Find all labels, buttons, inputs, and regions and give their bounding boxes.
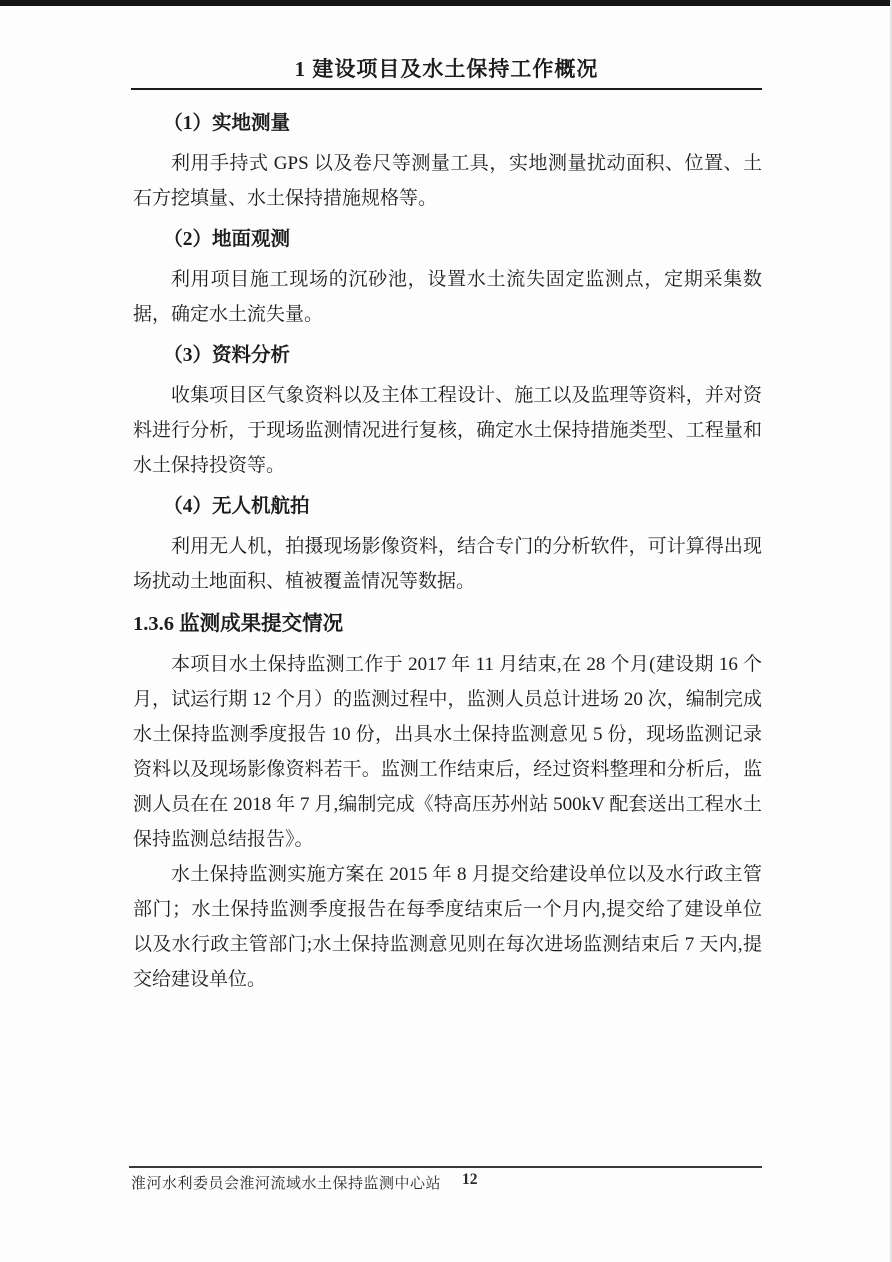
page-number: 12: [462, 1171, 478, 1189]
heading-data-analysis: （3）资料分析: [133, 338, 762, 373]
heading-drone-aerial: （4）无人机航拍: [133, 489, 762, 524]
paragraph: 收集项目区气象资料以及主体工程设计、施工以及监理等资料，并对资料进行分析，于现场…: [133, 378, 762, 483]
paragraph: 水土保持监测实施方案在 2015 年 8 月提交给建设单位以及水行政主管部门；水…: [133, 857, 762, 997]
heading-field-survey: （1）实地测量: [133, 106, 762, 141]
paragraph: 利用项目施工现场的沉砂池，设置水土流失固定监测点，定期采集数据，确定水土流失量。: [133, 262, 762, 332]
header-divider: [131, 88, 762, 90]
heading-1-3-6-results-submission: 1.3.6 监测成果提交情况: [133, 606, 762, 642]
document-page: 1 建设项目及水土保持工作概况 （1）实地测量 利用手持式 GPS 以及卷尺等测…: [0, 0, 892, 1262]
page-header: 1 建设项目及水土保持工作概况: [131, 52, 762, 86]
paragraph: 本项目水土保持监测工作于 2017 年 11 月结束,在 28 个月(建设期 1…: [133, 647, 762, 857]
paragraph: 利用手持式 GPS 以及卷尺等测量工具，实地测量扰动面积、位置、土石方挖填量、水…: [133, 146, 762, 216]
footer-divider: [129, 1166, 762, 1168]
heading-ground-observation: （2）地面观测: [133, 222, 762, 257]
paragraph: 利用无人机，拍摄现场影像资料，结合专门的分析软件，可计算得出现场扰动土地面积、植…: [133, 529, 762, 599]
footer-organization: 淮河水利委员会淮河流域水土保持监测中心站: [131, 1172, 441, 1193]
document-body: （1）实地测量 利用手持式 GPS 以及卷尺等测量工具，实地测量扰动面积、位置、…: [133, 100, 762, 997]
page-header-title: 1 建设项目及水土保持工作概况: [131, 52, 762, 86]
scan-edge-top-bar: [0, 0, 892, 6]
